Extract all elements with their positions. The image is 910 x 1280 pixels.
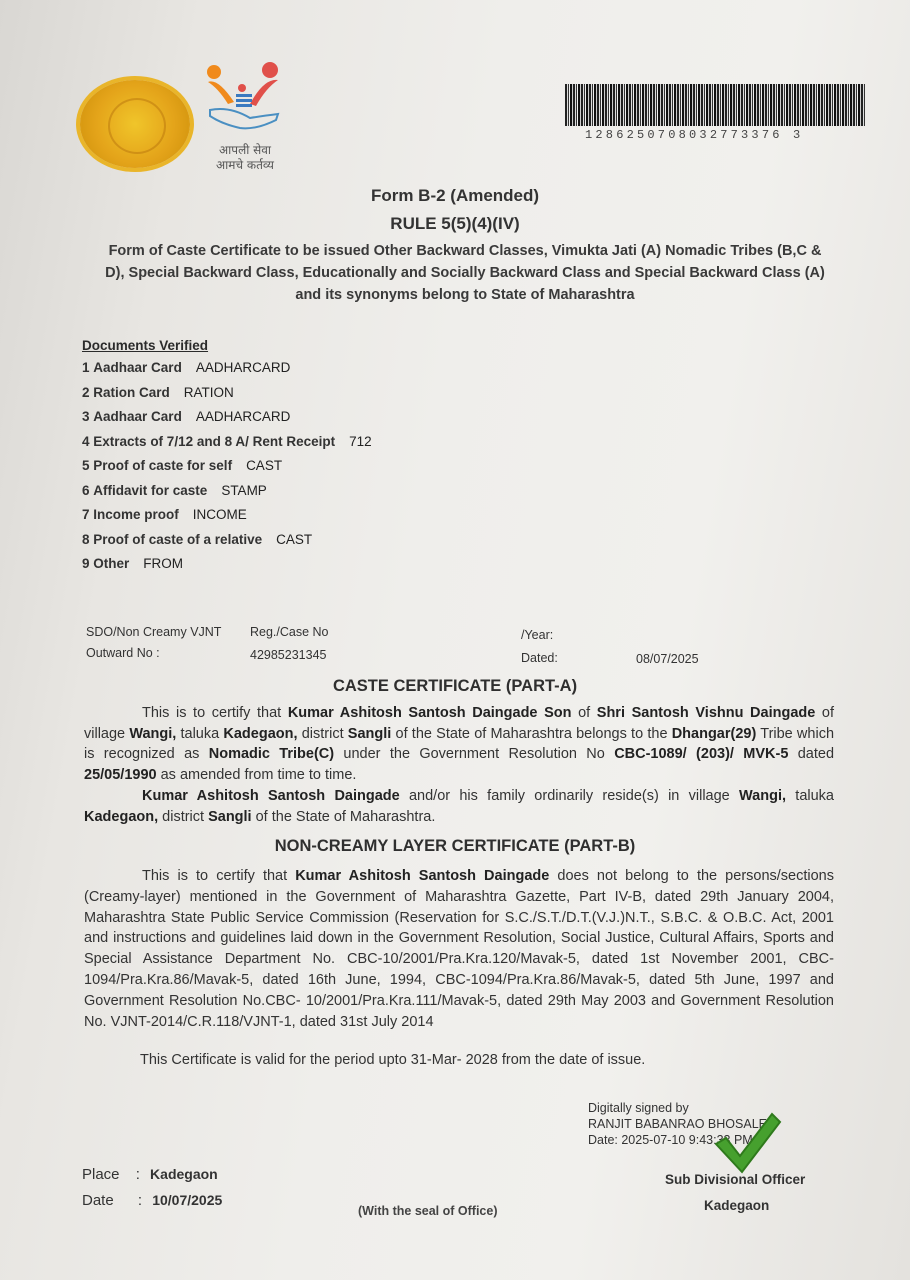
reg-case-label: Reg./Case No [250, 625, 329, 639]
document-label: 8 [82, 532, 90, 547]
validity-statement: This Certificate is valid for the period… [140, 1052, 645, 1068]
part-b-paragraph: This is to certify that Kumar Ashitosh S… [84, 866, 834, 1032]
form-description: Form of Caste Certificate to be issued O… [100, 240, 830, 306]
part-a-paragraph-1: This is to certify that Kumar Ashitosh S… [84, 703, 834, 785]
green-check-icon [712, 1110, 782, 1176]
document-label: 4 [82, 434, 90, 449]
date-row: Date : 10/07/2025 [82, 1192, 222, 1209]
aaple-sarkar-logo: आपली सेवा आमचे कर्तव्य [200, 58, 290, 173]
document-type: Income proof [93, 507, 179, 522]
document-item: 9 OtherFROM [82, 556, 372, 581]
documents-heading: Documents Verified [82, 338, 372, 353]
document-type: Proof of caste of a relative [93, 532, 262, 547]
officer-office: Kadegaon [704, 1198, 769, 1213]
logo-tagline-1: आपली सेवा [200, 143, 290, 158]
document-type: Aadhaar Card [93, 409, 182, 424]
document-label: 5 [82, 458, 90, 473]
part-a-paragraph-2: Kumar Ashitosh Santosh Daingade and/or h… [84, 786, 834, 827]
part-a-heading: CASTE CERTIFICATE (PART-A) [0, 677, 910, 696]
document-value: RATION [184, 385, 234, 400]
document-value: INCOME [193, 507, 247, 522]
document-item: 5 Proof of caste for selfCAST [82, 458, 372, 483]
place-label: Place [82, 1166, 120, 1183]
state-seal-icon [80, 80, 190, 168]
outward-number: 42985231345 [250, 648, 326, 662]
document-type: Affidavit for caste [93, 483, 207, 498]
document-label: 2 [82, 385, 90, 400]
logo-tagline-2: आमचे कर्तव्य [200, 158, 290, 173]
document-item: 2 Ration CardRATION [82, 385, 372, 410]
date-value: 10/07/2025 [152, 1192, 222, 1208]
document-label: 9 [82, 556, 90, 571]
document-label: 3 [82, 409, 90, 424]
document-item: 4 Extracts of 7/12 and 8 A/ Rent Receipt… [82, 434, 372, 459]
document-value: CAST [276, 532, 312, 547]
form-title: Form B-2 (Amended) [0, 186, 910, 206]
document-type: Extracts of 7/12 and 8 A/ Rent Receipt [93, 434, 335, 449]
document-type: Aadhaar Card [93, 360, 182, 375]
seal-note: (With the seal of Office) [358, 1204, 497, 1218]
document-label: 6 [82, 483, 90, 498]
barcode [565, 84, 865, 126]
document-value: AADHARCARD [196, 409, 291, 424]
outward-label: Outward No : [86, 646, 160, 660]
place-value: Kadegaon [150, 1166, 218, 1182]
form-rule: RULE 5(5)(4)(IV) [0, 214, 910, 234]
document-type: Ration Card [93, 385, 170, 400]
document-item: 6 Affidavit for casteSTAMP [82, 483, 372, 508]
part-b-heading: NON-CREAMY LAYER CERTIFICATE (PART-B) [0, 837, 910, 856]
document-value: FROM [143, 556, 183, 571]
year-label: /Year: [521, 628, 553, 642]
document-type: Proof of caste for self [93, 458, 232, 473]
barcode-number: 1286250708032773376 3 [585, 128, 803, 142]
dated-value: 08/07/2025 [636, 652, 699, 666]
document-value: CAST [246, 458, 282, 473]
documents-verified: Documents Verified 1 Aadhaar CardAADHARC… [82, 338, 372, 581]
document-item: 7 Income proofINCOME [82, 507, 372, 532]
office-code: SDO/Non Creamy VJNT [86, 625, 221, 639]
dated-label: Dated: [521, 651, 558, 665]
document-label: 7 [82, 507, 90, 522]
date-label: Date [82, 1192, 114, 1209]
officer-designation: Sub Divisional Officer [665, 1172, 805, 1187]
document-item: 3 Aadhaar CardAADHARCARD [82, 409, 372, 434]
document-item: 8 Proof of caste of a relativeCAST [82, 532, 372, 557]
place-row: Place : Kadegaon [82, 1166, 218, 1183]
document-label: 1 [82, 360, 90, 375]
document-value: STAMP [221, 483, 267, 498]
document-value: 712 [349, 434, 372, 449]
document-type: Other [93, 556, 129, 571]
hands-people-icon [200, 58, 290, 138]
document-value: AADHARCARD [196, 360, 291, 375]
document-item: 1 Aadhaar CardAADHARCARD [82, 360, 372, 385]
